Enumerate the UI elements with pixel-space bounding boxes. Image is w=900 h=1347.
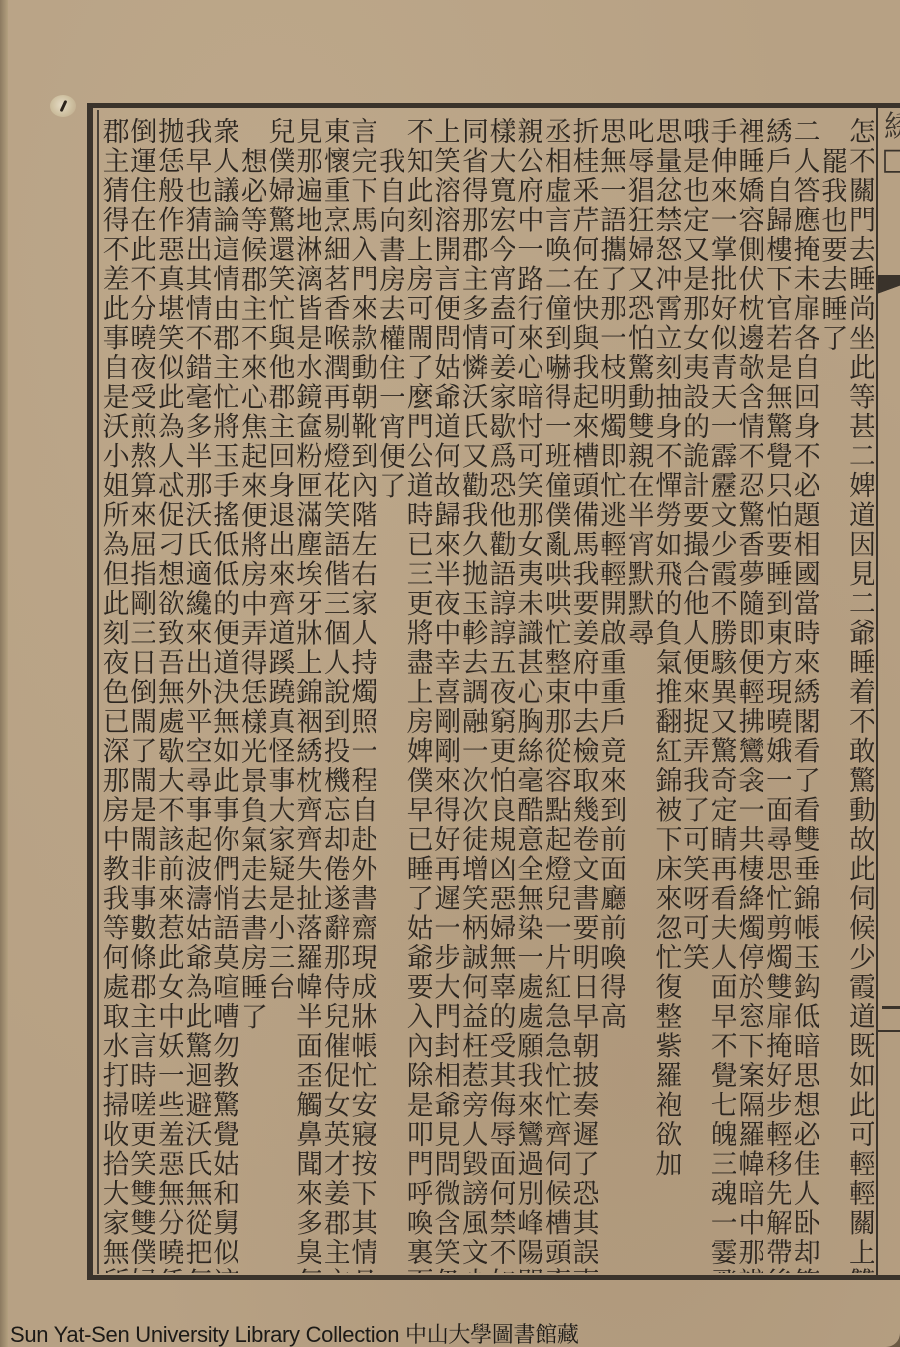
inner-border-line bbox=[97, 110, 99, 1274]
banxin-title: 綉□ bbox=[880, 110, 900, 179]
text-column: 衆人議論這情由郡主忙將玉手搖低低的便道決無如此事你們悄語莫喧嘈勿教驚覺姑和舅似這… bbox=[214, 113, 238, 1273]
text-column: 親公府中一路行來心暗忖可笑那女夷未識甚心胸絲毫酷意全無染一處處願我來鸞過別峰陽關… bbox=[518, 113, 542, 1273]
text-column: 手伸來一掌批好似青天一霹靂文少霞不勝駭異又驚奇定睛再看夫人面早不覺七魄三魂一霎飛… bbox=[711, 113, 735, 1273]
text-column: 綉戶自歸樓下官若是無驚覺只怕要睡到東方現曉娥一面尋思忙剪燭雙扉掩好步輕移先解帶後… bbox=[767, 113, 791, 1273]
text-column: 言完下馬入門來款動朝靴到內階左右家人持燭照一程自赴外書齋現成牀帳忙安寢按下其情且… bbox=[352, 113, 376, 1273]
text-column: 見那遍地淋漓皆是水鏡奩粉匣滿塵埃牙牀上錦裀綉枕齊齊失扯落羅幃半面歪觸鼻聞來多臭氣… bbox=[297, 113, 321, 1273]
text-column: 思量忿禁怒冲霄立刻抽身不憚勞如飛的負氣推翻紅錦被下床來忽忙復整紫羅袍欲加 bbox=[656, 113, 680, 1273]
text-column: 裡睡嬌容側伏枕邊欹含情不忍驚香夢隨即便輕拂鸞衾一共棲絳燭停於窓下案隔羅幃暗中那辨… bbox=[739, 113, 763, 1273]
library-credit: Sun Yat-Sen University Library Collectio… bbox=[10, 1318, 579, 1347]
pin-hole-icon bbox=[50, 95, 76, 117]
text-column: 拋恁般作惡真堪笑似此為人忒促刁想欲致吾無處歇大不該前來惹此女中妖一些羞惡無分曉恁… bbox=[159, 113, 183, 1273]
text-column: 怎不關門去睡尚坐此等甚二婢道因見二爺睡着不敢驚動故此伺候少霞道既如此可輕輕關上雙… bbox=[850, 113, 874, 1273]
page-edge bbox=[0, 0, 8, 1347]
text-column: 不知此刻上房可閙了麼門公道時已三更將盡上房婢僕早已睡了姑爺要入內除是叩門呼喚裏面… bbox=[407, 113, 431, 1273]
text-column: 上笑溶溶開言便問姑爺道何故歸來半夜中幸喜剛剛來得好再遲一步大門封相爺見問微含笑仍… bbox=[435, 113, 459, 1273]
text-column: 我早也猜出其情不錯毫多半那沃氏適纔來出外平空尋事起波濤姑爺為此驚迴避沃氏無從把氣… bbox=[186, 113, 210, 1273]
text-column: 郡主猜得不差此事自是沃小姐所為但此刻夜色已深那房中教我等何處取水打掃收拾大家無所… bbox=[103, 113, 127, 1273]
text-column: 叱辱猖狂婦又恐怕驚動雙親在半宵默默尋 bbox=[628, 113, 652, 1273]
text-column: 想必等候郡主不來心焦起來便將房中弄得恁樣光景負氣走去書房睡了 bbox=[242, 113, 266, 1303]
text-column: 兒僕婦驚還笑忙與他郡主回身退出來齊道蹊蹺真怪事大家疑是小三台 bbox=[269, 113, 293, 1273]
text-column: 樣大寬宏今宵盍可姜家歇爲恐他勸語諄諄五夜窮更怕良規凶惡婦無辜的受其侮辱面何禁不如… bbox=[490, 113, 514, 1273]
text-column: 同省得那郡主多情憐沃氏又勸我久拋玉軫去調融一次次徒增笑柄誠何益枉惹旁人毀謗風文少… bbox=[463, 113, 487, 1273]
text-column: 丞相虛言唤二僮到嚇得一班僮僕亂哄哄忙整束那從容點起燈兒一片紅急急忙忙齊伺候槽頭牽… bbox=[546, 113, 570, 1273]
text-column: 罷我也要去睡了 bbox=[822, 113, 846, 1303]
text-column: 折桂釆芹何在快與我起來槽頭備馬我要姜府中去檢取幾卷文書要明日早朝披奏遲了恐其誤事 bbox=[573, 113, 597, 1273]
text-body: 怎不關門去睡尚坐此等甚二婢道因見二爺睡着不敢驚動故此伺候少霞道既如此可輕輕關上雙… bbox=[100, 113, 874, 1273]
text-column: 我自向書房去權住一宵便了 bbox=[380, 113, 404, 1303]
text-column: 二人答應掩未扉各自回身不必題相國當時來綉閣看了看雙垂錦帳玉鈎低暗思想必佳人卧却笑… bbox=[794, 113, 818, 1273]
text-column: 倒運住在此不分曉夜受煎熬算來屈指剛三日倒閙了閙是閙非事數條郡主言時嗟更笑雙雙僕婦… bbox=[131, 113, 155, 1273]
text-column: 哦是也定又是那女夷設的詭計要撮合他人便來捉弄我了可笑呀可笑 bbox=[684, 113, 708, 1273]
document-page: 綉□ 怎不關門去睡尚坐此等甚二婢道因見二爺睡着不敢驚動故此伺候少霞道既如此可輕輕… bbox=[0, 0, 900, 1347]
fishtail-mark-icon bbox=[878, 275, 900, 305]
banxin-page-rule bbox=[878, 1030, 900, 1032]
banxin-page-marker bbox=[882, 1006, 900, 1009]
text-column: 東懷重烹細茗香喉潤再剔燈花笑語偕三個人說到投機忘却倦遂辭那侍兒催促女英才姜郡主方… bbox=[324, 113, 348, 1273]
text-column: 思無一語攜了那一枝明燭即忙逃輕輕開啟重重戶竟來到前面廳前喚得高 bbox=[601, 113, 625, 1273]
